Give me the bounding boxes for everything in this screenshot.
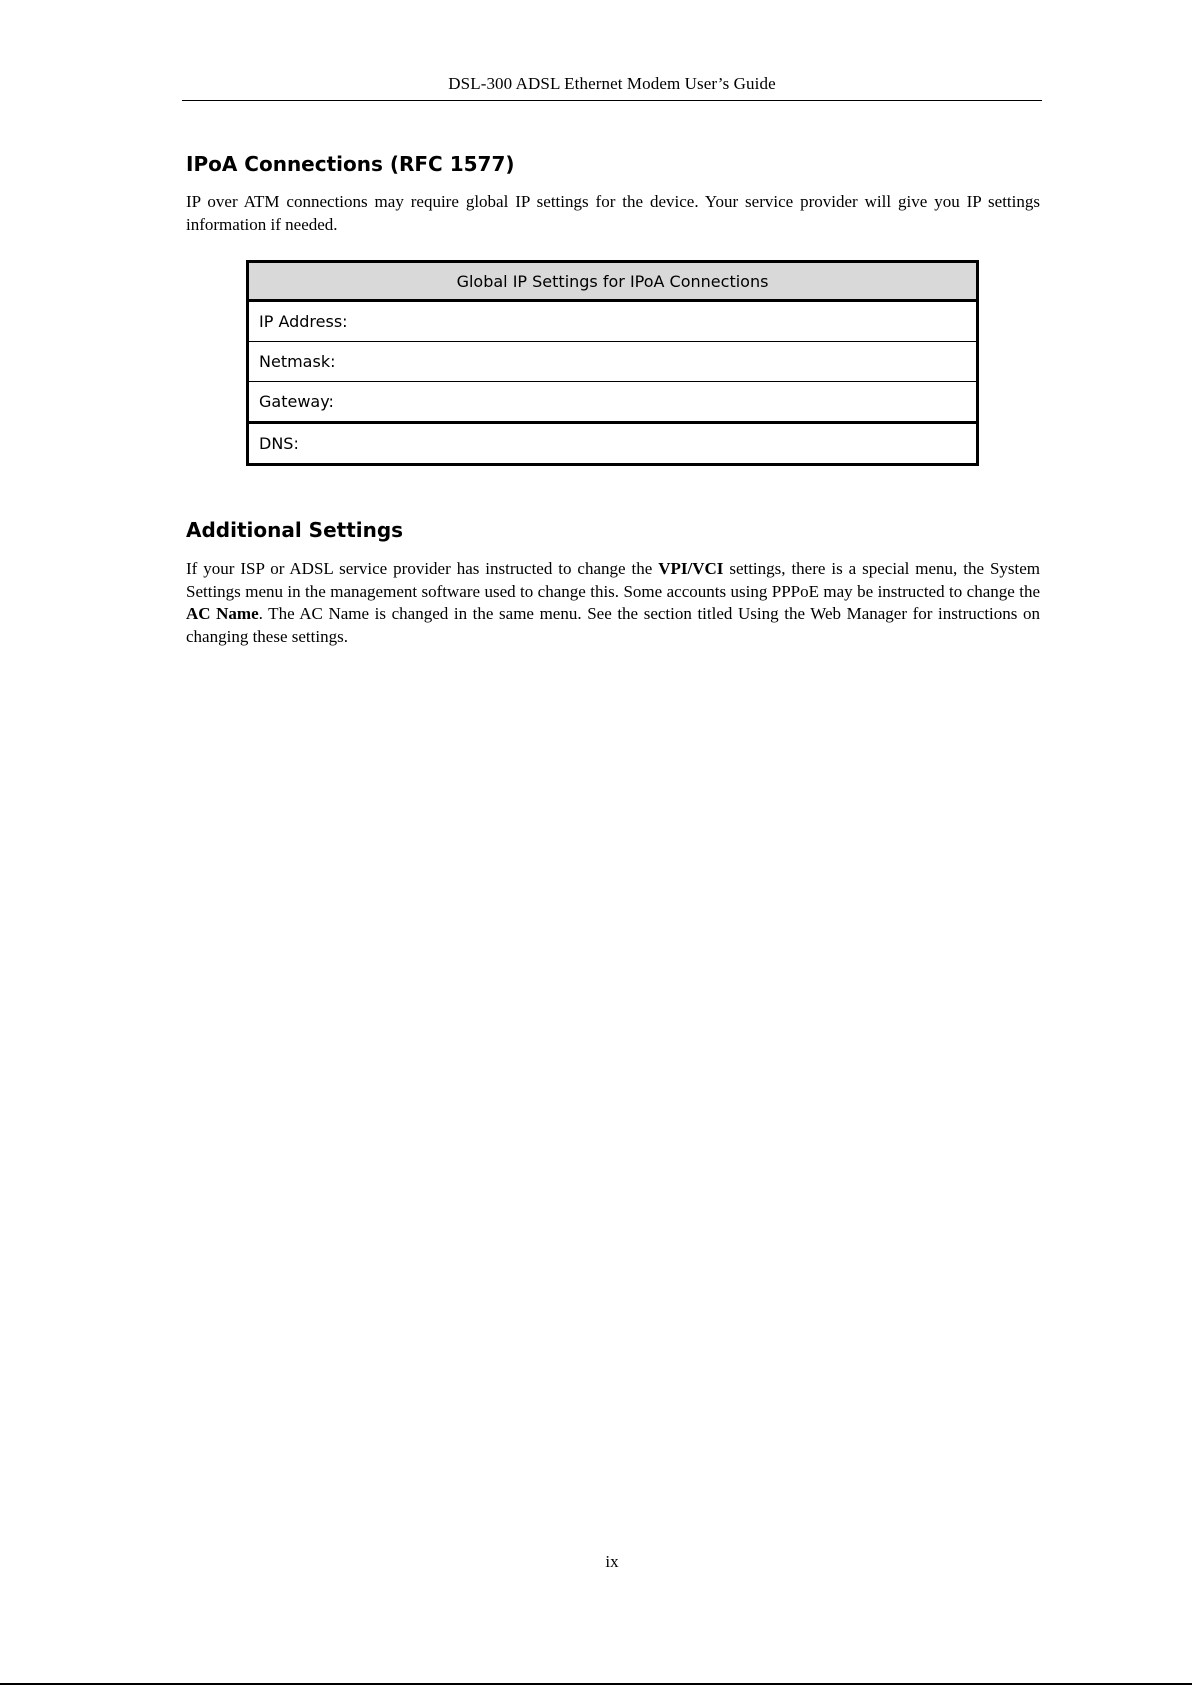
table-row: DNS:: [248, 423, 978, 465]
table-row: Netmask:: [248, 342, 978, 382]
text-run: menu in the management software used to …: [241, 582, 1040, 601]
header-rule: [182, 100, 1042, 101]
document-page: DSL-300 ADSL Ethernet Modem User’s Guide…: [0, 0, 1192, 1685]
text-run: . The AC Name is changed in the same men…: [259, 604, 738, 623]
additional-paragraph: If your ISP or ADSL service provider has…: [186, 558, 1040, 648]
text-run: If your ISP or ADSL service provider has…: [186, 559, 658, 578]
table-title: Global IP Settings for IPoA Connections: [248, 262, 978, 301]
page-number: ix: [0, 1552, 1192, 1572]
ac-name-term: AC Name: [186, 604, 259, 623]
table-row: IP Address:: [248, 301, 978, 342]
netmask-label: Netmask:: [248, 342, 978, 382]
vpi-vci-term: VPI/VCI: [658, 559, 723, 578]
section-heading-additional: Additional Settings: [186, 518, 403, 542]
running-header: DSL-300 ADSL Ethernet Modem User’s Guide: [182, 74, 1042, 94]
dns-label: DNS:: [248, 423, 978, 465]
text-run: settings, there is a special menu, the: [723, 559, 990, 578]
section-heading-ipoa: IPoA Connections (RFC 1577): [186, 152, 515, 176]
web-manager-reference: Using the Web Manager: [738, 604, 907, 623]
gateway-label: Gateway:: [248, 382, 978, 423]
ip-address-label: IP Address:: [248, 301, 978, 342]
table-row: Gateway:: [248, 382, 978, 423]
ipoa-paragraph: IP over ATM connections may require glob…: [186, 191, 1040, 236]
global-ip-settings-table: Global IP Settings for IPoA Connections …: [246, 260, 979, 466]
